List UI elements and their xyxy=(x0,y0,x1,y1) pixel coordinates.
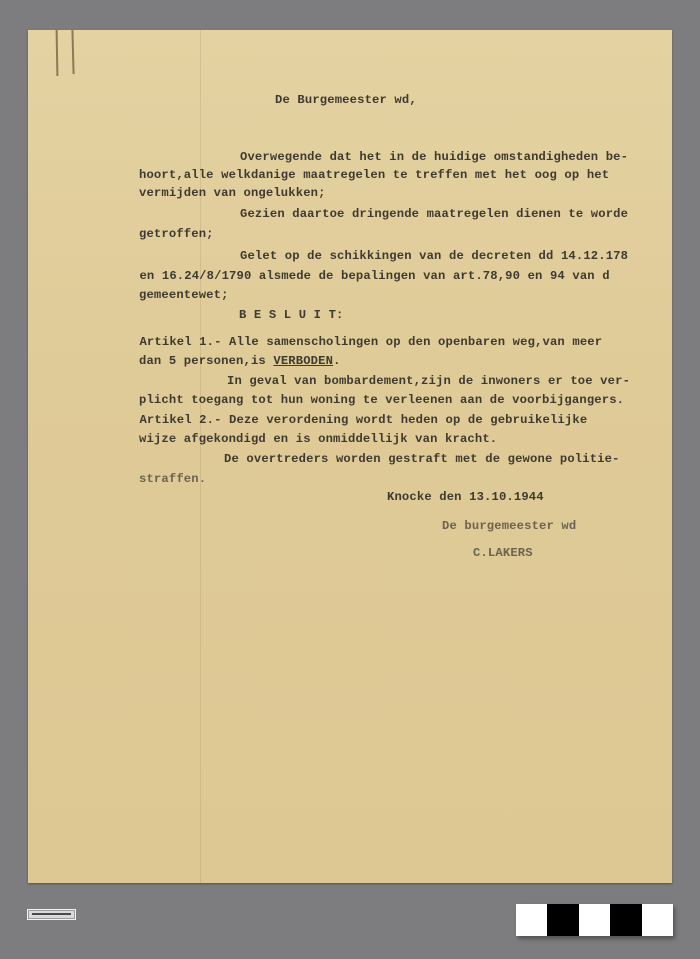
paragraph-line: Overwegende dat het in de huidige omstan… xyxy=(240,151,628,163)
paragraph-line: getroffen; xyxy=(139,228,214,240)
penalty-line: De overtreders worden gestraft met de ge… xyxy=(224,453,620,465)
paragraph-line: en 16.24/8/1790 alsmede de bepalingen va… xyxy=(132,270,610,282)
paragraph-line: gemeentewet; xyxy=(139,289,229,301)
paragraph-line: vermijden van ongelukken; xyxy=(139,187,326,199)
forbidden-word: VERBODEN xyxy=(273,354,333,368)
paragraph-line: hoort,alle welkdanige maatregelen te tre… xyxy=(139,169,609,181)
calibration-patch xyxy=(642,904,673,936)
article-1-line: plicht toegang tot hun woning te verleen… xyxy=(139,394,624,406)
calibration-patch xyxy=(516,904,547,936)
signatory-title: De burgemeester wd xyxy=(442,520,576,532)
calibration-strip xyxy=(516,904,673,936)
staple-mark xyxy=(56,30,59,76)
calibration-patch xyxy=(547,904,578,936)
calibration-patch xyxy=(610,904,641,936)
article-2-line: wijze afgekondigd en is onmiddellijk van… xyxy=(139,433,497,445)
fold-line xyxy=(200,30,201,883)
penalty-line: straffen. xyxy=(139,473,206,485)
archive-label xyxy=(27,909,76,920)
decision-heading: B E S L U I T: xyxy=(239,309,344,321)
article-2-line: Artikel 2.- Deze verordening wordt heden… xyxy=(132,414,587,426)
signatory-name: C.LAKERS xyxy=(473,547,533,559)
staple-mark xyxy=(71,30,74,74)
document-heading: De Burgemeester wd, xyxy=(275,94,417,106)
article-1-line: dan 5 personen,is VERBODEN. xyxy=(139,355,341,367)
paragraph-line: Gezien daartoe dringende maatregelen die… xyxy=(240,208,628,220)
calibration-patch xyxy=(579,904,610,936)
article-1-line: Artikel 1.- Alle samenscholingen op den … xyxy=(132,336,602,348)
article-1-prefix: dan 5 personen,is xyxy=(139,354,273,368)
article-1-line: In geval van bombardement,zijn de inwone… xyxy=(227,375,630,387)
document-page: De Burgemeester wd, Overwegende dat het … xyxy=(28,30,672,883)
place-date: Knocke den 13.10.1944 xyxy=(387,491,544,503)
paragraph-line: Gelet op de schikkingen van de decreten … xyxy=(240,250,628,262)
article-1-suffix: . xyxy=(333,354,340,368)
barcode-icon xyxy=(32,913,71,915)
